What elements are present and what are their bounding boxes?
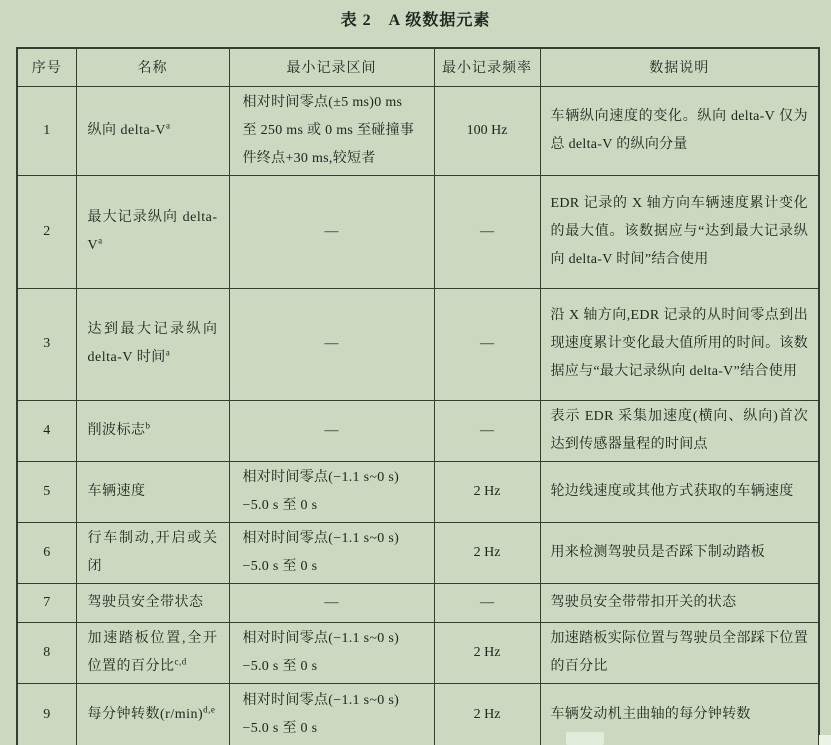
name-text: 行车制动,开启或关闭 [88, 531, 218, 574]
cell-name: 最大记录纵向 delta-Va [76, 175, 229, 288]
cell-min-record-interval: 相对时间零点(±5 ms)0 ms 至 250 ms 或 0 ms 至碰撞事 件… [229, 86, 434, 175]
cell-serial-number: 9 [17, 683, 76, 745]
table-row: 7驾驶员安全带状态——驾驶员安全带带扣开关的状态 [17, 583, 819, 622]
cell-min-record-frequency: — [434, 400, 540, 461]
cell-name: 加速踏板位置,全开位置的百分比c,d [76, 622, 229, 683]
cell-data-description: 轮边线速度或其他方式获取的车辆速度 [540, 461, 819, 522]
cell-name: 削波标志b [76, 400, 229, 461]
col-header-no: 序号 [17, 48, 76, 86]
cell-min-record-frequency: — [434, 583, 540, 622]
cell-data-description: 沿 X 轴方向,EDR 记录的从时间零点到出现速度累计变化最大值所用的时间。该数… [540, 288, 819, 400]
table-row: 9每分钟转数(r/min)d,e相对时间零点(−1.1 s~0 s) −5.0 … [17, 683, 819, 745]
name-text: 驾驶员安全带状态 [88, 595, 204, 610]
table-row: 5车辆速度相对时间零点(−1.1 s~0 s) −5.0 s 至 0 s2 Hz… [17, 461, 819, 522]
name-text: 每分钟转数(r/min) [88, 707, 204, 722]
cell-serial-number: 6 [17, 522, 76, 583]
cell-min-record-frequency: 2 Hz [434, 522, 540, 583]
cell-min-record-interval: — [229, 288, 434, 400]
cell-data-description: 加速踏板实际位置与驾驶员全部踩下位置的百分比 [540, 622, 819, 683]
table-row: 4削波标志b——表示 EDR 采集加速度(横向、纵向)首次达到传感器量程的时间点 [17, 400, 819, 461]
scan-artifact [566, 732, 604, 745]
header-row: 序号 名称 最小记录区间 最小记录频率 数据说明 [17, 48, 819, 86]
scan-artifact [819, 735, 831, 745]
cell-min-record-interval: — [229, 175, 434, 288]
cell-min-record-interval: 相对时间零点(−1.1 s~0 s) −5.0 s 至 0 s [229, 622, 434, 683]
cell-data-description: 表示 EDR 采集加速度(横向、纵向)首次达到传感器量程的时间点 [540, 400, 819, 461]
cell-serial-number: 1 [17, 86, 76, 175]
cell-serial-number: 8 [17, 622, 76, 683]
cell-min-record-interval: 相对时间零点(−1.1 s~0 s) −5.0 s 至 0 s [229, 461, 434, 522]
data-table: 序号 名称 最小记录区间 最小记录频率 数据说明 1纵向 delta-Va相对时… [16, 47, 820, 745]
table-row: 2最大记录纵向 delta-Va——EDR 记录的 X 轴方向车辆速度累计变化的… [17, 175, 819, 288]
cell-min-record-frequency: 2 Hz [434, 622, 540, 683]
cell-min-record-interval: — [229, 400, 434, 461]
footnote-marker: c,d [175, 656, 187, 666]
footnote-marker: a [166, 347, 171, 357]
scanned-document-page: { "title": "表 2 A 级数据元素", "colors": { "p… [0, 0, 831, 745]
cell-min-record-interval: 相对时间零点(−1.1 s~0 s) −5.0 s 至 0 s [229, 522, 434, 583]
cell-name: 驾驶员安全带状态 [76, 583, 229, 622]
name-text: 最大记录纵向 delta-V [88, 210, 218, 253]
table-row: 8加速踏板位置,全开位置的百分比c,d相对时间零点(−1.1 s~0 s) −5… [17, 622, 819, 683]
name-text: 加速踏板位置,全开位置的百分比 [88, 631, 218, 674]
name-text: 车辆速度 [88, 484, 146, 499]
cell-name: 车辆速度 [76, 461, 229, 522]
cell-serial-number: 7 [17, 583, 76, 622]
col-header-name: 名称 [76, 48, 229, 86]
cell-min-record-frequency: — [434, 175, 540, 288]
col-header-min-frequency: 最小记录频率 [434, 48, 540, 86]
cell-min-record-frequency: 100 Hz [434, 86, 540, 175]
cell-serial-number: 5 [17, 461, 76, 522]
data-table-body: 1纵向 delta-Va相对时间零点(±5 ms)0 ms 至 250 ms 或… [17, 86, 819, 745]
footnote-marker: d,e [203, 704, 215, 714]
footnote-marker: a [98, 235, 103, 245]
cell-name: 每分钟转数(r/min)d,e [76, 683, 229, 745]
cell-data-description: EDR 记录的 X 轴方向车辆速度累计变化的最大值。该数据应与“达到最大记录纵向… [540, 175, 819, 288]
cell-data-description: 用来检测驾驶员是否踩下制动踏板 [540, 522, 819, 583]
cell-min-record-interval: — [229, 583, 434, 622]
cell-min-record-frequency: — [434, 288, 540, 400]
name-text: 削波标志 [88, 423, 146, 438]
name-text: 纵向 delta-V [88, 123, 166, 138]
table-row: 1纵向 delta-Va相对时间零点(±5 ms)0 ms 至 250 ms 或… [17, 86, 819, 175]
cell-serial-number: 2 [17, 175, 76, 288]
table-title: 表 2 A 级数据元素 [0, 7, 831, 30]
table-row: 6行车制动,开启或关闭相对时间零点(−1.1 s~0 s) −5.0 s 至 0… [17, 522, 819, 583]
col-header-min-interval: 最小记录区间 [229, 48, 434, 86]
cell-min-record-interval: 相对时间零点(−1.1 s~0 s) −5.0 s 至 0 s [229, 683, 434, 745]
cell-data-description: 车辆纵向速度的变化。纵向 delta-V 仅为总 delta-V 的纵向分量 [540, 86, 819, 175]
cell-serial-number: 4 [17, 400, 76, 461]
footnote-marker: a [166, 120, 171, 130]
cell-name: 达到最大记录纵向 delta-V 时间a [76, 288, 229, 400]
name-text: 达到最大记录纵向 delta-V 时间 [88, 322, 218, 365]
cell-name: 纵向 delta-Va [76, 86, 229, 175]
table-row: 3达到最大记录纵向 delta-V 时间a——沿 X 轴方向,EDR 记录的从时… [17, 288, 819, 400]
cell-data-description: 驾驶员安全带带扣开关的状态 [540, 583, 819, 622]
cell-min-record-frequency: 2 Hz [434, 683, 540, 745]
cell-min-record-frequency: 2 Hz [434, 461, 540, 522]
cell-name: 行车制动,开启或关闭 [76, 522, 229, 583]
col-header-description: 数据说明 [540, 48, 819, 86]
footnote-marker: b [146, 420, 151, 430]
cell-serial-number: 3 [17, 288, 76, 400]
